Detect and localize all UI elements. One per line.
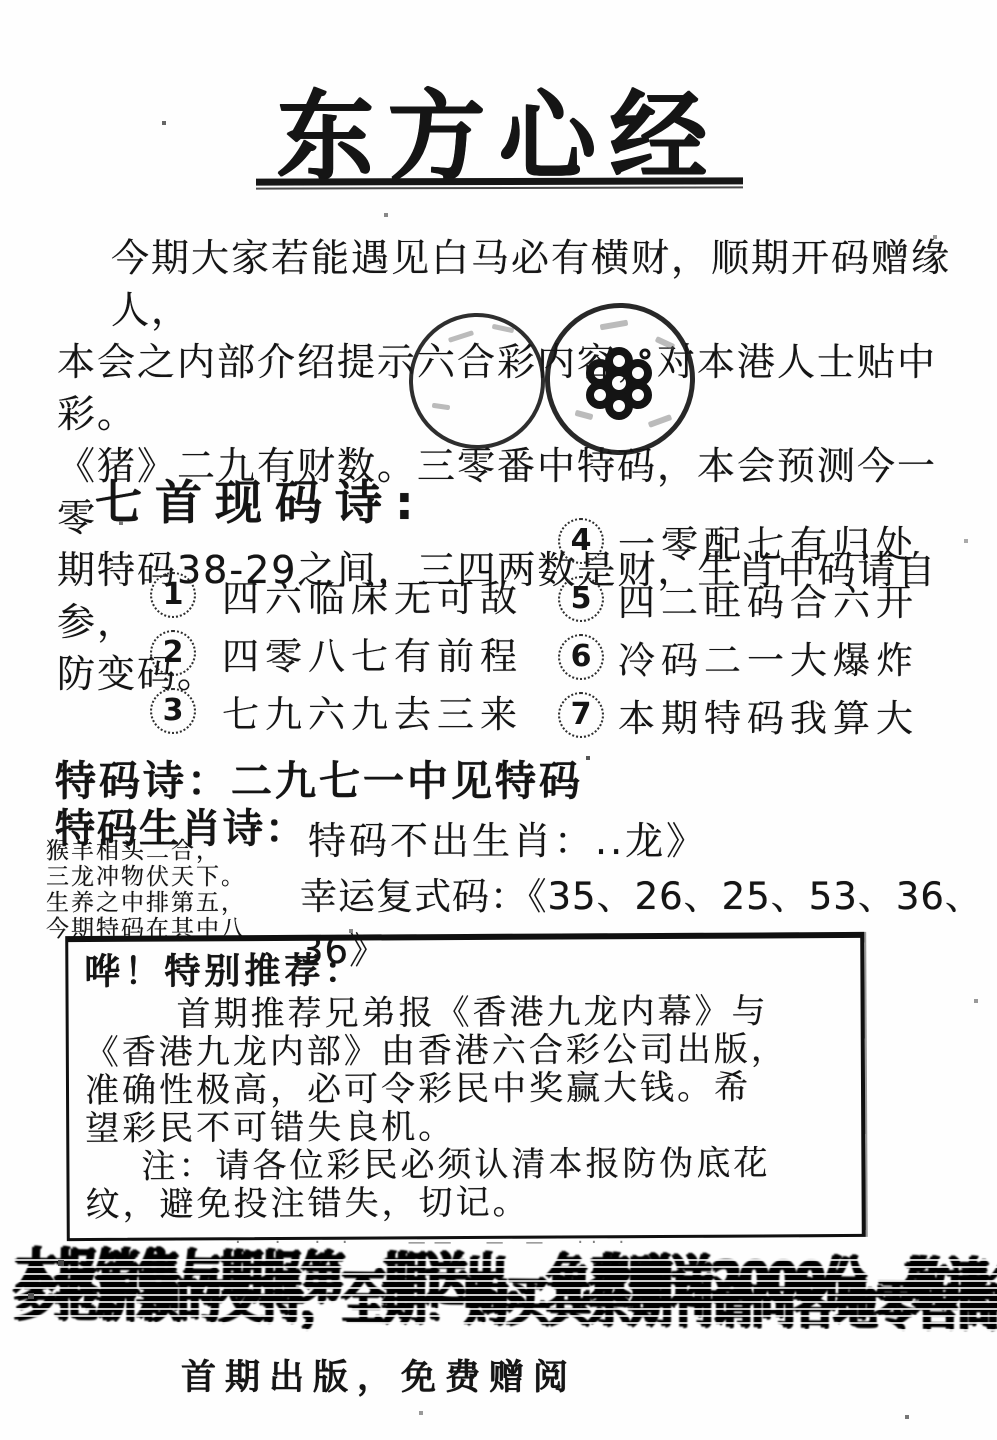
poem-text: 本期特码我算大: [618, 688, 919, 742]
recommendation-line: 《香港九龙内部》由香港六合彩公司出版，: [85, 1030, 845, 1072]
poem-item: 7 本期特码我算大: [558, 686, 919, 744]
zodiac-exclusion-line: 特码不出生肖：..龙》: [308, 810, 707, 865]
title-underline: [256, 177, 743, 189]
poem-text: 冷码二一大爆炸: [618, 630, 919, 684]
poem-text: 七九六九去三来: [222, 684, 523, 738]
lucky-codes-label: 幸运复式码：: [300, 875, 528, 918]
zodiac-note-line: 三龙冲物伏天下。: [46, 864, 246, 890]
poem-text: 一零配七有归处: [618, 514, 919, 568]
poem-item: 4 一零配七有归处: [558, 512, 919, 570]
zodiac-note-line: 生养之中排第五，: [46, 890, 246, 916]
poems-section-heading: 七首现码诗:: [95, 466, 427, 533]
poem-item: 1 四六临床无可敌: [150, 566, 523, 624]
recommendation-line: 准确性极高，必可令彩民中奖赢大钱。希: [85, 1068, 845, 1110]
flower-cluster-icon: [583, 346, 655, 420]
poem-item: 3 七九六九去三来: [150, 682, 523, 740]
recommendation-line: 注：请各位彩民必须认清本报防伪底花: [85, 1144, 845, 1186]
poem-number: 2: [150, 630, 196, 676]
poem-number: 1: [150, 572, 196, 618]
poem-item: 5 四二旺码合六开: [558, 570, 919, 628]
distorted-text-block: 本报销售与期报第一期送出，免费赠送2000份，敬请各地彩民 多抢新颖的支持，全期…: [14, 1251, 979, 1331]
recommendation-line: 首期推荐兄弟报《香港九龙内幕》与: [85, 992, 845, 1034]
recommendation-body: 首期推荐兄弟报《香港九龙内幕》与 《香港九龙内部》由香港六合彩公司出版， 准确性…: [85, 992, 846, 1224]
footer-note: 首期出版，免费赠阅: [181, 1350, 577, 1400]
poem-item: 2 四零八七有前程: [150, 624, 523, 682]
poems-left-column: 1 四六临床无可敌 2 四零八七有前程 3 七九六九去三来: [150, 566, 523, 740]
recommendation-box: 哗！特别推荐： 首期推荐兄弟报《香港九龙内幕》与 《香港九龙内部》由香港六合彩公…: [65, 932, 866, 1241]
poem-item: 6 冷码二一大爆炸: [558, 628, 919, 686]
poem-text: 四零八七有前程: [222, 626, 523, 680]
recommendation-heading: 哗！特别推荐：: [84, 946, 844, 996]
scan-noise: [0, 0, 2, 2]
poems-right-column: 4 一零配七有归处 5 四二旺码合六开 6 冷码二一大爆炸 7 本期特码我算大: [558, 512, 919, 744]
zodiac-note-block: 猴羊相头二合， 三龙冲物伏天下。 生养之中排第五， 今期特码在其中八: [46, 838, 246, 942]
poem-number: 3: [150, 688, 196, 734]
poem-text: 四六临床无可敌: [222, 568, 523, 622]
zodiac-note-line: 猴羊相头二合，: [46, 838, 246, 864]
poem-number: 5: [558, 576, 604, 622]
poem-number: 7: [558, 692, 604, 738]
distorted-text-line: 多抢新颖的支持，全期！购买其余期刊请向各地零售商购买。: [14, 1267, 978, 1337]
recommendation-line: 纹，避免投注错失，切记。: [86, 1182, 846, 1224]
scanned-lottery-sheet: 东方心经 今期大家若能遇见白马必有横财，顺期开码赠缘人， 本会之内部介绍提示六合…: [0, 0, 997, 1440]
poem-number: 6: [558, 634, 604, 680]
recommendation-line: 望彩民不可错失良机。: [85, 1106, 845, 1148]
poem-text: 四二旺码合六开: [618, 572, 919, 626]
poem-number: 4: [558, 518, 604, 564]
